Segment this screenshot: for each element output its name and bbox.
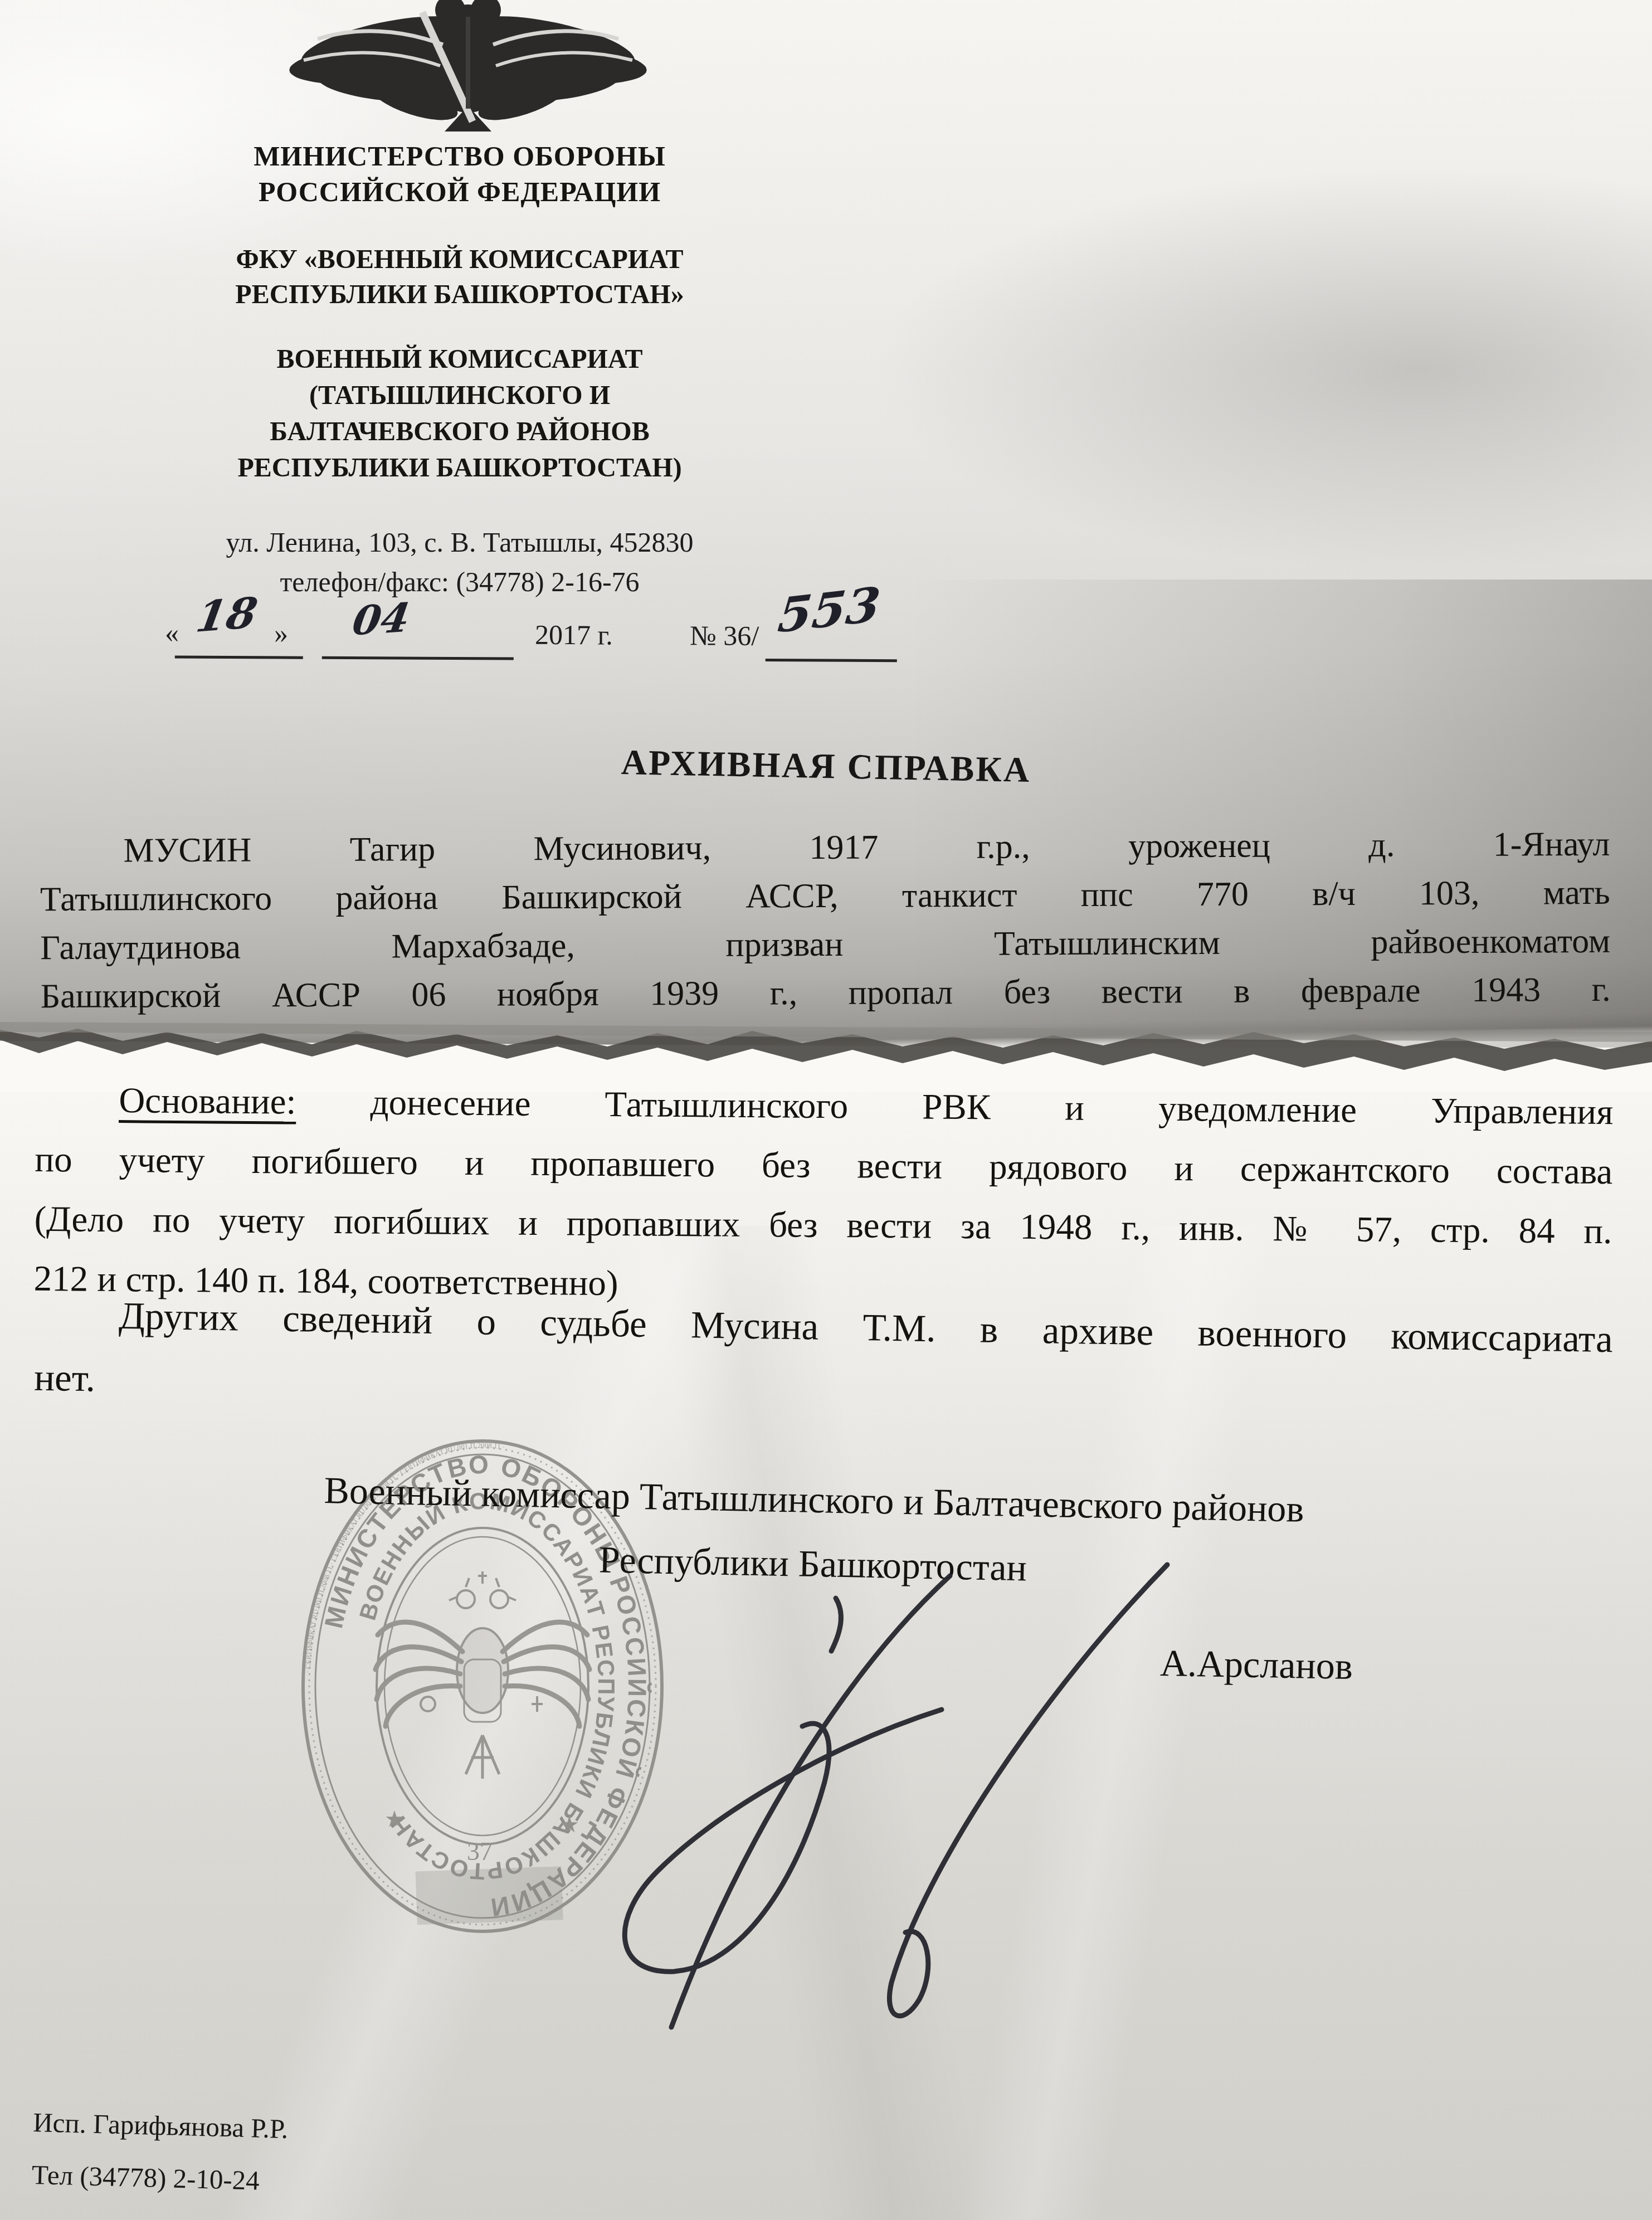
no-info-paragraph: Других сведений о судьбе Мусина Т.М. в а… (33, 1283, 1613, 1434)
archival-certificate-scan: МИНИСТЕРСТВО ОБОРОНЫ РОССИЙСКОЙ ФЕДЕРАЦИ… (0, 0, 1652, 2220)
commissariat-name-line3: БАЛТАЧЕВСКОГО РАЙОНОВ (139, 413, 780, 450)
commissariat-name-line4: РЕСПУБЛИКИ БАШКОРТОСТАН) (139, 450, 780, 486)
letterhead: МИНИСТЕРСТВО ОБОРОНЫ РОССИЙСКОЙ ФЕДЕРАЦИ… (139, 138, 780, 602)
number-label: № 36/ (690, 619, 759, 652)
basis-line1-text: донесение Татышлинского РВК и уведомлени… (296, 1082, 1613, 1133)
main-paragraph-line: Галаутдинова Мархабзаде, призван Татышли… (40, 917, 1610, 972)
main-paragraph-line: Татышлинского района Башкирской АССР, та… (40, 869, 1610, 924)
close-quote: » (274, 617, 288, 649)
executor-phone-line: Тел (34778) 2-10-24 (31, 2149, 287, 2208)
handwritten-day: 18 (193, 588, 261, 642)
executor-line: Исп. Гарифьянова Р.Р. (32, 2096, 289, 2155)
day-underline (175, 655, 303, 659)
address-line: ул. Ленина, 103, с. В. Татышлы, 452830 (139, 523, 780, 562)
footer-block: Исп. Гарифьянова Р.Р. Тел (34778) 2-10-2… (31, 2096, 289, 2208)
stamp-eagle-icon (376, 1571, 589, 1779)
stamp-star-left-icon: ★ (384, 1807, 405, 1832)
commissariat-name-line2: (ТАТЫШЛИНСКОГО И (139, 377, 780, 413)
main-paragraph-line: МУСИН Тагир Мусинович, 1917 г.р., урожен… (40, 820, 1610, 875)
stamp-bottom-band (416, 1866, 563, 1925)
handwritten-number: 553 (776, 577, 883, 644)
stamp-star-right-icon: ★ (559, 1812, 579, 1837)
main-paragraph: МУСИН Тагир Мусинович, 1917 г.р., урожен… (40, 820, 1610, 1021)
open-quote: « (165, 616, 179, 649)
fku-name-line1: ФКУ «ВОЕННЫЙ КОМИССАРИАТ (139, 242, 780, 277)
main-paragraph-line: Башкирской АССР 06 ноября 1939 г., пропа… (40, 966, 1610, 1021)
month-underline (322, 656, 514, 660)
handwritten-signature (613, 1537, 1226, 2094)
fku-name-line2: РЕСПУБЛИКИ БАШКОРТОСТАН» (139, 277, 780, 312)
stamp-number: 37 (467, 1837, 493, 1866)
basis-label: Основание: (119, 1080, 296, 1122)
basis-paragraph: Основание: донесение Татышлинского РВК и… (33, 1070, 1613, 1321)
document-title: АРХИВНАЯ СПРАВКА (0, 730, 1652, 803)
ministry-name-line1: МИНИСТЕРСТВО ОБОРОНЫ (139, 138, 780, 174)
ministry-name-line2: РОССИЙСКОЙ ФЕДЕРАЦИИ (139, 174, 780, 210)
handwritten-month: 04 (349, 593, 413, 644)
commissariat-name-line1: ВОЕННЫЙ КОМИССАРИАТ (139, 341, 780, 377)
number-underline (766, 659, 897, 662)
date-number-line: « 18 » 04 2017 г. № 36/ 553 (165, 593, 946, 680)
year-label: 2017 г. (535, 619, 613, 651)
ministry-eagle-emblem-icon (279, 0, 657, 134)
